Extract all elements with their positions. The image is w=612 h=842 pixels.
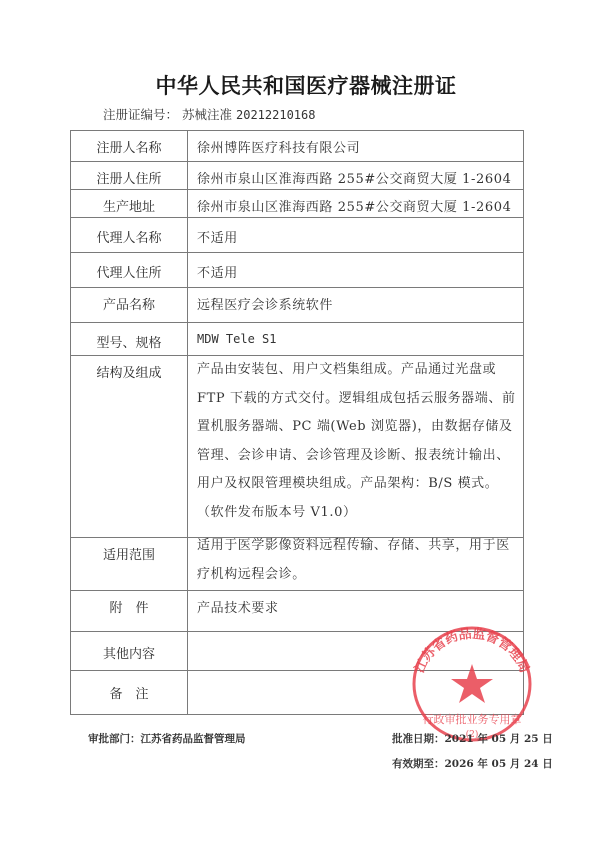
approval-department: 审批部门：江苏省药品监督管理局	[88, 731, 246, 746]
approval-date: 批准日期：2021 年 05 月 25 日	[392, 731, 553, 746]
table-row: 注册人住所 徐州市泉山区淮海西路 255#公交商贸大厦 1-2604	[71, 162, 524, 190]
row-label: 适用范围	[71, 538, 188, 591]
row-label: 附 件	[71, 591, 188, 632]
registration-number-prefix: 苏械注准	[182, 107, 232, 122]
valid-until: 有效期至：2026 年 05 月 24 日	[392, 756, 553, 771]
registration-number-line: 注册证编号： 苏械注准 20212210168	[103, 105, 315, 123]
row-label: 产品名称	[71, 288, 188, 323]
svg-text:行政审批业务专用章: 行政审批业务专用章	[423, 712, 522, 726]
table-row: 代理人住所 不适用	[71, 253, 524, 288]
table-row: 生产地址 徐州市泉山区淮海西路 255#公交商贸大厦 1-2604	[71, 190, 524, 218]
row-label: 结构及组成	[71, 356, 188, 538]
table-row: 注册人名称 徐州博阵医疗科技有限公司	[71, 131, 524, 162]
row-label: 代理人名称	[71, 218, 188, 253]
row-label: 注册人住所	[71, 162, 188, 190]
table-row: 产品名称 远程医疗会诊系统软件	[71, 288, 524, 323]
row-value: MDW Tele S1	[188, 323, 524, 356]
row-label: 型号、规格	[71, 323, 188, 356]
table-row: 代理人名称 不适用	[71, 218, 524, 253]
registration-number: 20212210168	[236, 108, 315, 122]
table-row: 型号、规格 MDW Tele S1	[71, 323, 524, 356]
row-label: 注册人名称	[71, 131, 188, 162]
row-value: 徐州市泉山区淮海西路 255#公交商贸大厦 1-2604	[188, 162, 524, 190]
row-value: 远程医疗会诊系统软件	[188, 288, 524, 323]
row-label: 代理人住所	[71, 253, 188, 288]
official-seal-icon: 江苏省药品监督管理局 行政审批业务专用章 (2)	[398, 620, 546, 745]
table-row: 结构及组成 产品由安装包、用户文档集组成。产品通过光盘或 FTP 下载的方式交付…	[71, 356, 524, 538]
row-value: 徐州博阵医疗科技有限公司	[188, 131, 524, 162]
row-label: 备 注	[71, 671, 188, 715]
row-value: 适用于医学影像资料远程传输、存储、共享，用于医疗机构远程会诊。	[188, 538, 524, 591]
row-value: 不适用	[188, 218, 524, 253]
row-label: 生产地址	[71, 190, 188, 218]
row-value: 产品由安装包、用户文档集组成。产品通过光盘或 FTP 下载的方式交付。逻辑组成包…	[188, 356, 524, 538]
row-value: 不适用	[188, 253, 524, 288]
registration-number-label: 注册证编号：	[103, 107, 178, 122]
row-label: 其他内容	[71, 632, 188, 671]
table-row: 适用范围 适用于医学影像资料远程传输、存储、共享，用于医疗机构远程会诊。	[71, 538, 524, 591]
certificate-title: 中华人民共和国医疗器械注册证	[0, 70, 612, 100]
row-value: 徐州市泉山区淮海西路 255#公交商贸大厦 1-2604	[188, 190, 524, 218]
